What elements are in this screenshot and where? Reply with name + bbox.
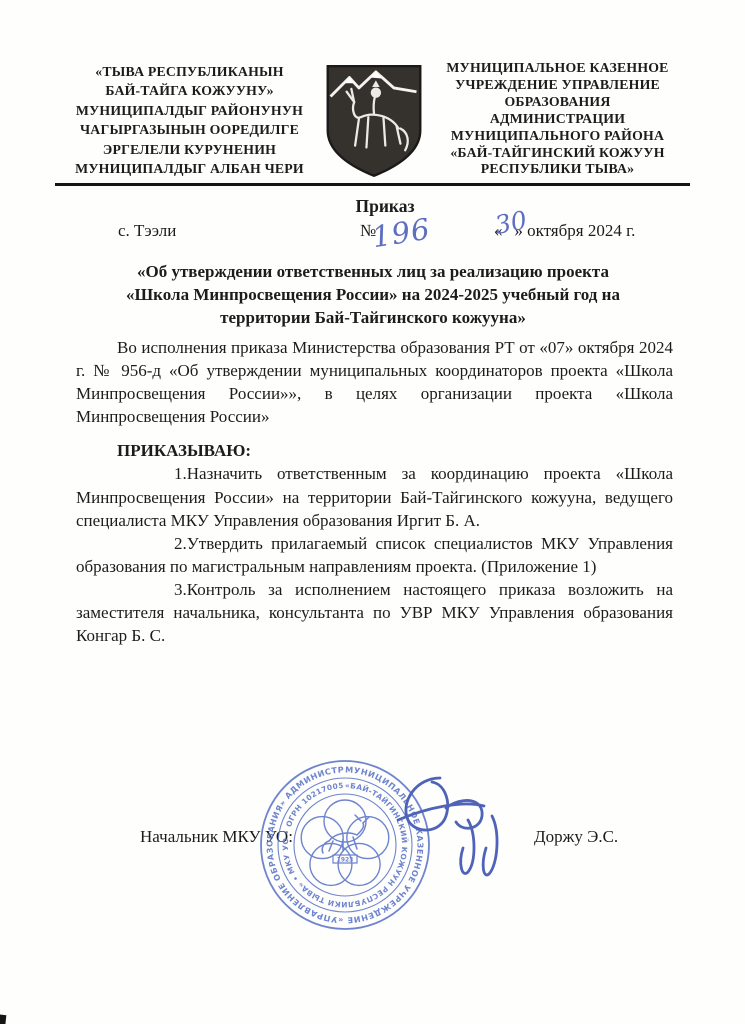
document-header: «ТЫВА РЕСПУБЛИКАНЫН БАЙ-ТАЙГА КОЖУУНУ» М… [58, 60, 690, 182]
order-item-2: 2.Утвердить прилагаемый список специалис… [76, 532, 673, 578]
handwritten-order-number: 196 [373, 228, 431, 237]
handwritten-signature [388, 768, 528, 886]
scanned-order-document: «ТЫВА РЕСПУБЛИКАНЫН БАЙ-ТАЙГА КОЖУУНУ» М… [0, 0, 745, 1024]
stamp-flower-emblem [301, 800, 389, 885]
item-number: 1. [125, 462, 187, 485]
preamble-paragraph: Во исполнения приказа Министерства образ… [76, 336, 673, 428]
order-body: Во исполнения приказа Министерства образ… [76, 336, 673, 647]
signer-name: Доржу Э.С. [534, 827, 618, 847]
order-item-3: 3.Контроль за исполнением настоящего при… [76, 578, 673, 647]
org-name-russian: МУНИЦИПАЛЬНОЕ КАЗЕННОЕ УЧРЕЖДЕНИЕ УПРАВЛ… [425, 60, 690, 182]
coat-of-arms-icon [323, 60, 425, 182]
header-divider [55, 183, 690, 186]
item-number: 2. [125, 532, 187, 555]
stamp-center-year: 1923 [337, 857, 354, 864]
date-text: » октября 2024 г. [514, 221, 635, 240]
org-name-tuvan: «ТЫВА РЕСПУБЛИКАНЫН БАЙ-ТАЙГА КОЖУУНУ» М… [58, 60, 321, 182]
scan-corner-artifact [0, 1014, 6, 1024]
doc-type-title: Приказ [0, 196, 745, 217]
item-number: 3. [125, 578, 187, 601]
place-label: с. Тээли [118, 221, 176, 241]
handwritten-day: 30 [495, 220, 526, 226]
decree-word: ПРИКАЗЫВАЮ: [76, 439, 673, 462]
order-number: №196 [360, 221, 430, 241]
order-date: «30» октября 2024 г. [494, 221, 635, 241]
rider-figure [371, 87, 381, 97]
order-item-1: 1.Назначить ответственным за координацию… [76, 462, 673, 531]
order-subject: «Об утверждении ответственных лиц за реа… [62, 260, 684, 329]
